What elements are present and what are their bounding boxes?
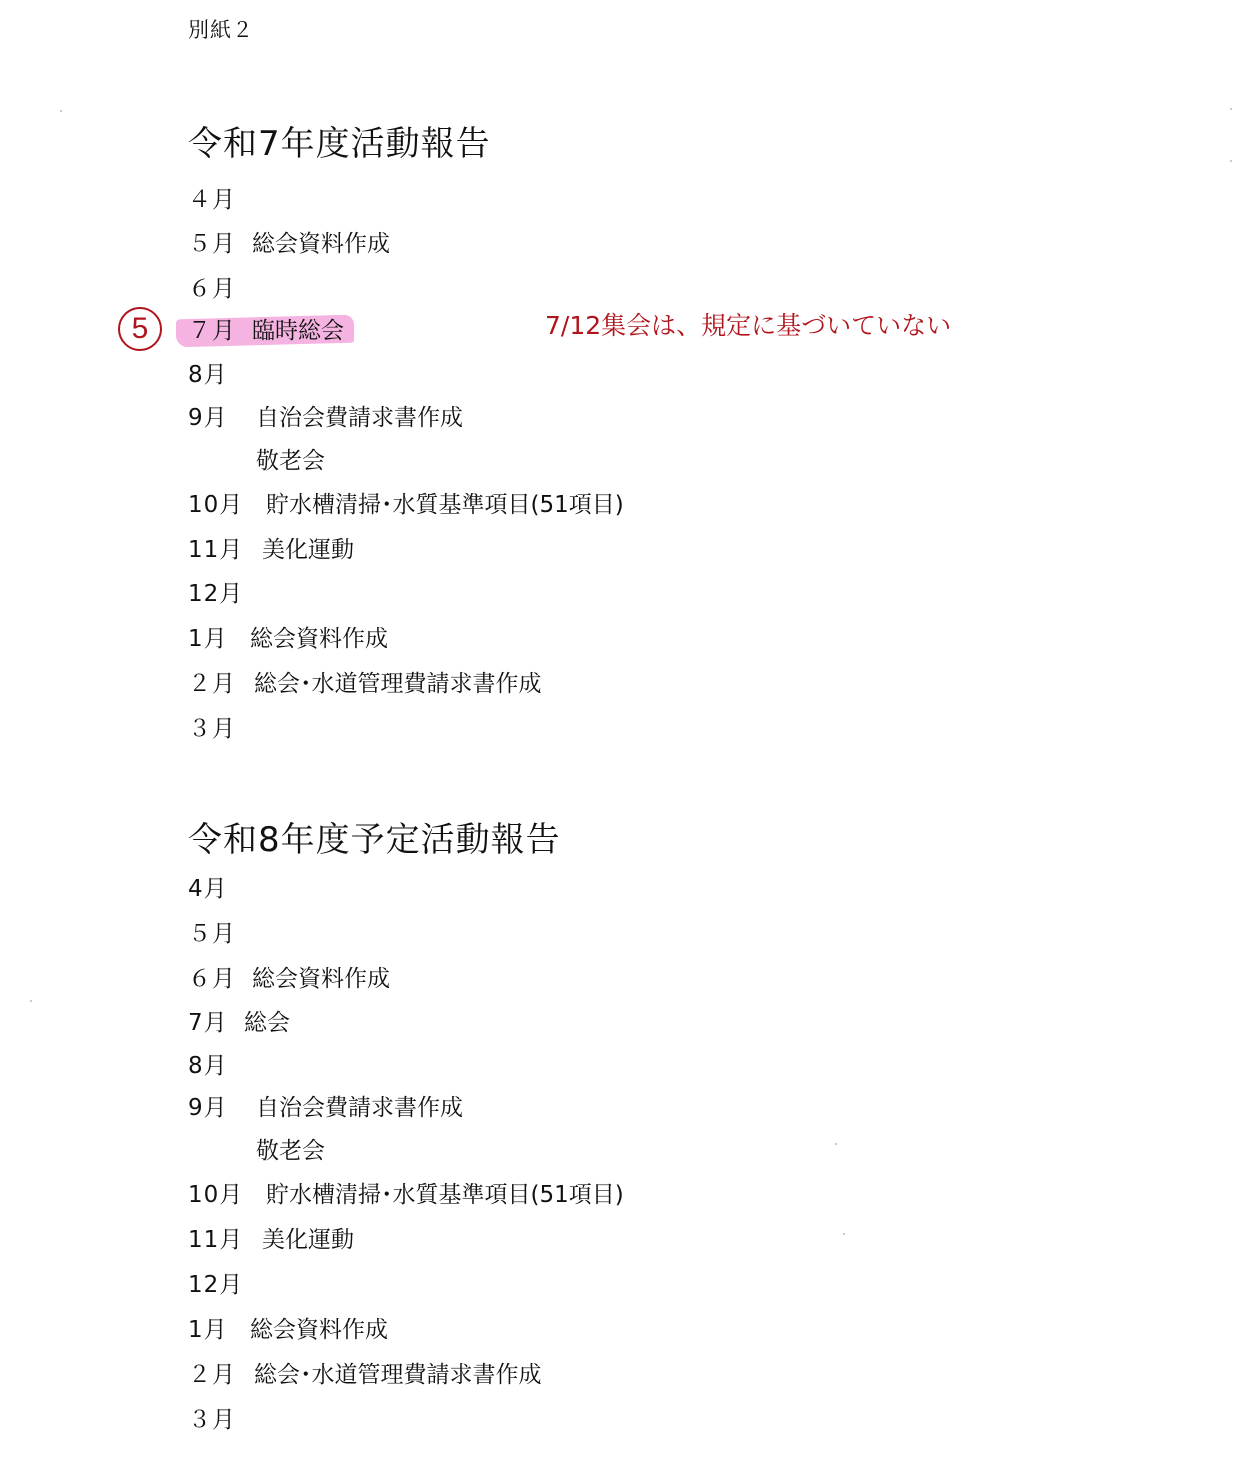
activity-row: ６月総会資料作成 — [188, 962, 390, 996]
circled-number-annotation: 5 — [118, 307, 162, 351]
month-label: 1月 — [188, 622, 250, 656]
activity-row: 11月美化運動 — [188, 1223, 354, 1257]
activity-text: 敬老会 — [256, 1134, 325, 1168]
activity-text: 美化運動 — [262, 533, 354, 567]
scan-speck — [843, 1233, 845, 1235]
activity-row-highlighted: ７月臨時総会 — [188, 314, 348, 348]
activity-row: 11月美化運動 — [188, 533, 354, 567]
month-label: 11月 — [188, 533, 262, 567]
month-label: 12月 — [188, 1268, 244, 1302]
month-label: 10月 — [188, 1178, 266, 1212]
month-label: 9月 — [188, 1091, 256, 1125]
month-label: 1月 — [188, 1313, 250, 1347]
annotation-note: 7/12集会は、規定に基づいていない — [545, 309, 951, 343]
activity-text: 美化運動 — [262, 1223, 354, 1257]
month-label: 8月 — [188, 358, 244, 392]
activity-row: 9月自治会費請求書作成 — [188, 1091, 463, 1125]
activity-row: 10月貯水槽清掃･水質基準項目(51項目) — [188, 488, 624, 522]
activity-text: 総会資料作成 — [252, 227, 390, 261]
document-page: 別紙２ 令和7年度活動報告 5 7/12集会は、規定に基づいていない ４月 ５月… — [0, 0, 1241, 1480]
section-title-r7: 令和7年度活動報告 — [188, 122, 491, 166]
activity-row: ２月総会･水道管理費請求書作成 — [188, 1358, 542, 1392]
activity-text: 臨時総会 — [252, 314, 344, 348]
month-label: ４月 — [188, 183, 244, 217]
activity-row: 1月総会資料作成 — [188, 622, 388, 656]
activity-text: 総会･水道管理費請求書作成 — [254, 667, 542, 701]
activity-row: 8月 — [188, 1049, 244, 1083]
activity-text: 貯水槽清掃･水質基準項目(51項目) — [266, 488, 624, 522]
scan-speck — [60, 110, 62, 112]
activity-text: 総会 — [244, 1006, 290, 1040]
activity-row: ３月 — [188, 1403, 244, 1437]
activity-row-continuation: 敬老会 — [256, 1134, 325, 1168]
month-label: 8月 — [188, 1049, 244, 1083]
month-label: 11月 — [188, 1223, 262, 1257]
activity-row-continuation: 敬老会 — [256, 444, 325, 478]
activity-row: 9月自治会費請求書作成 — [188, 401, 463, 435]
month-label: 7月 — [188, 1006, 244, 1040]
scan-speck — [1230, 108, 1232, 110]
month-label: 4月 — [188, 872, 244, 906]
month-label: ５月 — [188, 917, 244, 951]
month-label: ６月 — [188, 272, 244, 306]
activity-row: ６月 — [188, 272, 244, 306]
month-label: ２月 — [188, 667, 254, 701]
month-label: ２月 — [188, 1358, 254, 1392]
month-label: ３月 — [188, 712, 244, 746]
activity-row: 10月貯水槽清掃･水質基準項目(51項目) — [188, 1178, 624, 1212]
month-label: 9月 — [188, 401, 256, 435]
section-title-r8: 令和8年度予定活動報告 — [188, 818, 561, 862]
activity-row: 1月総会資料作成 — [188, 1313, 388, 1347]
activity-row: 4月 — [188, 872, 244, 906]
month-label: ３月 — [188, 1403, 244, 1437]
month-label: ６月 — [188, 962, 252, 996]
activity-text: 総会資料作成 — [250, 1313, 388, 1347]
month-label: 10月 — [188, 488, 266, 522]
activity-text: 敬老会 — [256, 444, 325, 478]
activity-row: 12月 — [188, 577, 244, 611]
activity-row: ５月 — [188, 917, 244, 951]
activity-row: 8月 — [188, 358, 244, 392]
scan-speck — [835, 1143, 837, 1145]
activity-text: 総会資料作成 — [250, 622, 388, 656]
activity-text: 総会資料作成 — [252, 962, 390, 996]
activity-row: 7月総会 — [188, 1006, 290, 1040]
attachment-label: 別紙２ — [188, 16, 254, 44]
month-label: ５月 — [188, 227, 252, 261]
month-label: 12月 — [188, 577, 244, 611]
scan-speck — [30, 1000, 32, 1002]
activity-row: ３月 — [188, 712, 244, 746]
activity-text: 自治会費請求書作成 — [256, 1091, 463, 1125]
activity-row: 12月 — [188, 1268, 244, 1302]
activity-text: 総会･水道管理費請求書作成 — [254, 1358, 542, 1392]
activity-row: ２月総会･水道管理費請求書作成 — [188, 667, 542, 701]
month-label: ７月 — [188, 314, 252, 348]
activity-row: ４月 — [188, 183, 244, 217]
scan-speck — [1230, 160, 1232, 162]
activity-text: 自治会費請求書作成 — [256, 401, 463, 435]
activity-text: 貯水槽清掃･水質基準項目(51項目) — [266, 1178, 624, 1212]
activity-row: ５月総会資料作成 — [188, 227, 390, 261]
